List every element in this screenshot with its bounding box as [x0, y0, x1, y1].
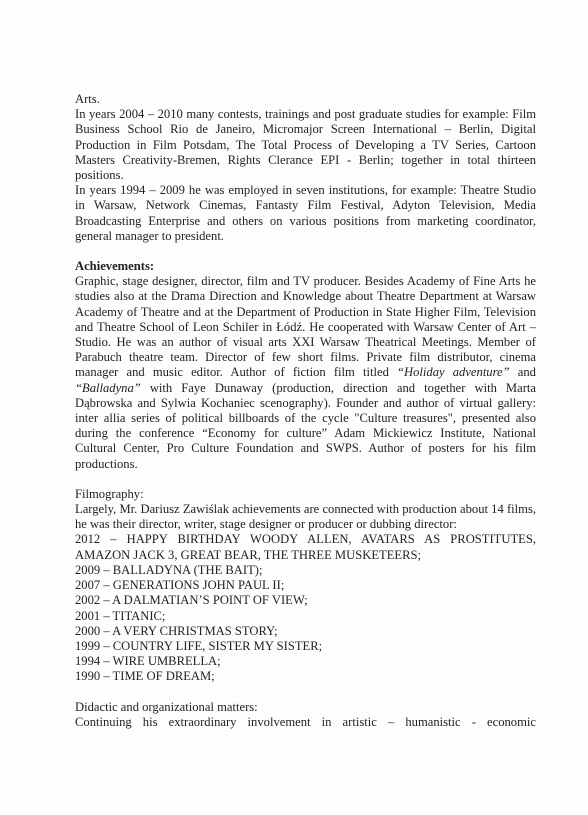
achievements-text-part1: Graphic, stage designer, director, film …	[75, 274, 536, 379]
filmography-entry: 2000 – A VERY CHRISTMAS STORY;	[75, 624, 536, 639]
achievements-text-part2: with Faye Dunaway (production, direction…	[75, 381, 536, 471]
filmography-entry: 1990 – TIME OF DREAM;	[75, 669, 536, 684]
filmography-intro: Largely, Mr. Dariusz Zawiślak achievemen…	[75, 502, 536, 532]
filmography-entry: 2007 – GENERATIONS JOHN PAUL II;	[75, 578, 536, 593]
achievements-heading: Achievements:	[75, 259, 536, 274]
contests-paragraph: In years 2004 – 2010 many contests, trai…	[75, 107, 536, 183]
didactic-paragraph: Continuing his extraordinary involvement…	[75, 715, 536, 730]
filmography-entry: 2009 – BALLADYNA (THE BAIT);	[75, 563, 536, 578]
arts-line: Arts.	[75, 92, 536, 107]
section-spacer	[75, 472, 536, 487]
document-body: Arts. In years 2004 – 2010 many contests…	[75, 92, 536, 730]
filmography-entry: 2012 – HAPPY BIRTHDAY WOODY ALLEN, AVATA…	[75, 532, 536, 562]
document-page: Arts. In years 2004 – 2010 many contests…	[0, 0, 588, 815]
achievements-text-and: and	[510, 365, 536, 379]
didactic-heading: Didactic and organizational matters:	[75, 700, 536, 715]
employment-paragraph: In years 1994 – 2009 he was employed in …	[75, 183, 536, 244]
filmography-heading: Filmography:	[75, 487, 536, 502]
section-spacer	[75, 685, 536, 700]
filmography-entry: 2002 – A DALMATIAN’S POINT OF VIEW;	[75, 593, 536, 608]
filmography-list: 2012 – HAPPY BIRTHDAY WOODY ALLEN, AVATA…	[75, 532, 536, 684]
film-title-balladyna: “Balladyna”	[75, 381, 141, 395]
achievements-paragraph: Graphic, stage designer, director, film …	[75, 274, 536, 472]
section-spacer	[75, 244, 536, 259]
filmography-entry: 2001 – TITANIC;	[75, 609, 536, 624]
film-title-holiday-adventure: “Holiday adventure”	[397, 365, 510, 379]
filmography-entry: 1994 – WIRE UMBRELLA;	[75, 654, 536, 669]
filmography-entry: 1999 – COUNTRY LIFE, SISTER MY SISTER;	[75, 639, 536, 654]
